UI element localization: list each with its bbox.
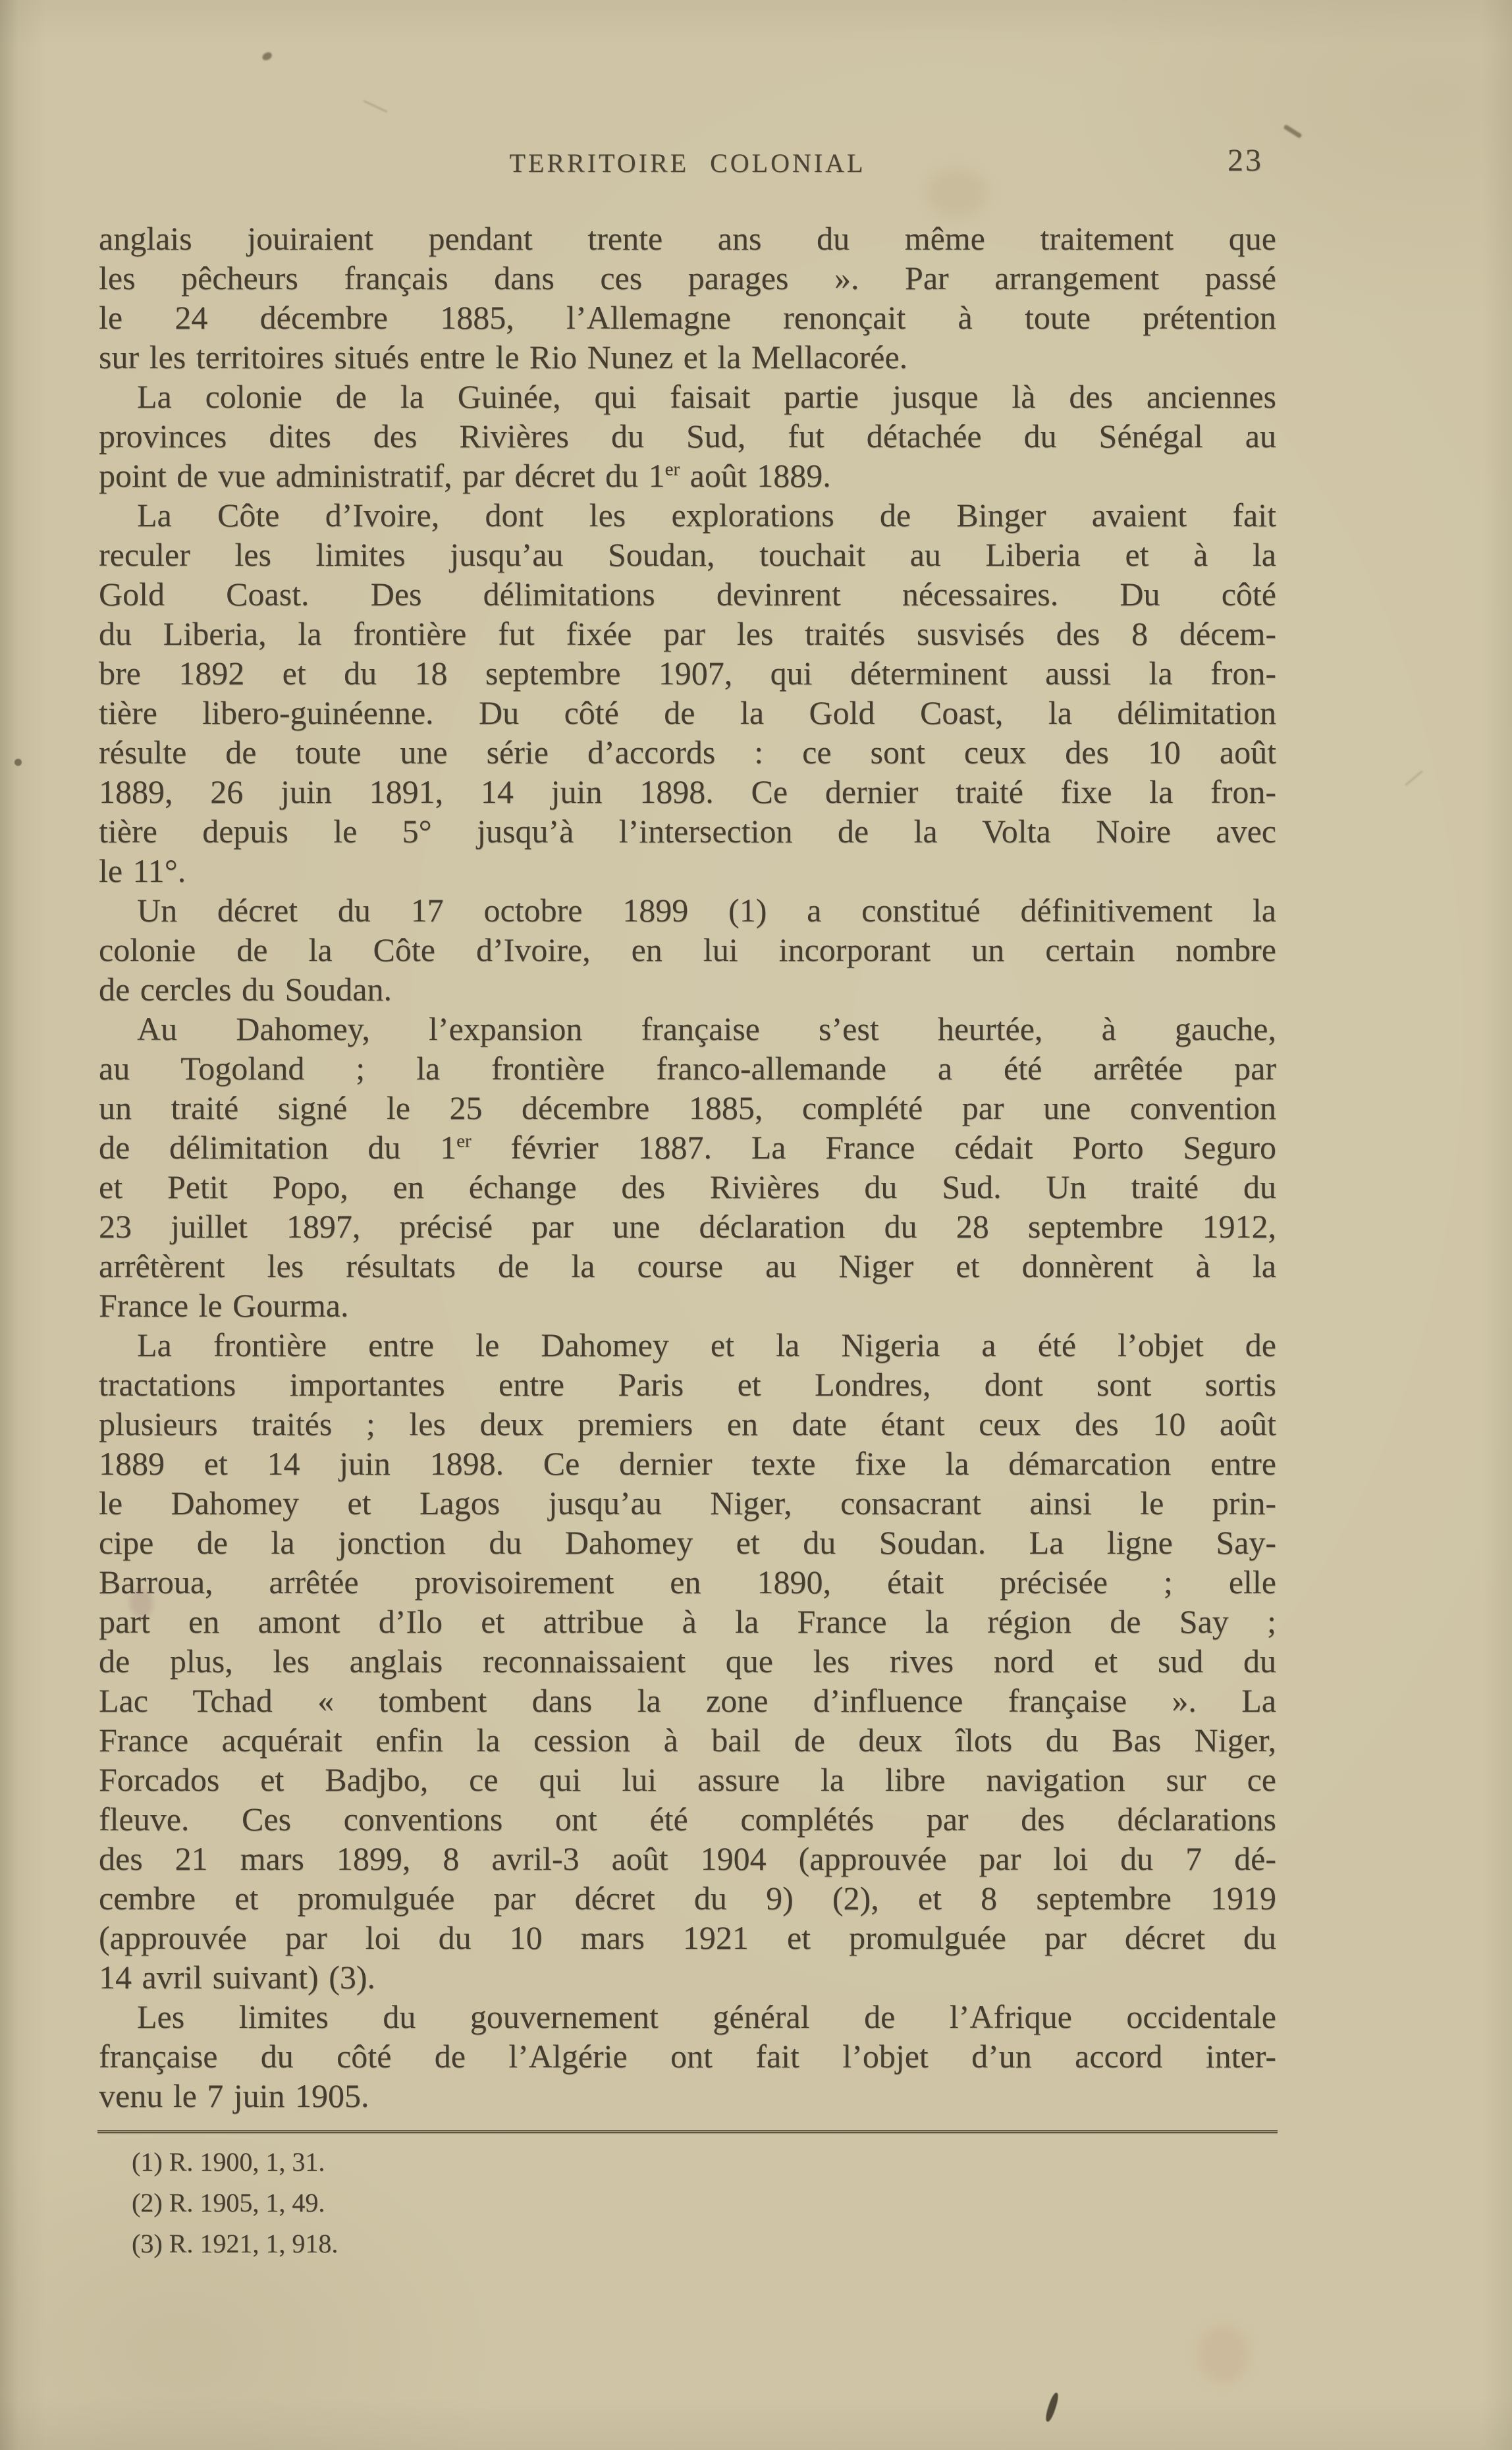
text-line: Au Dahomey, l’expansion française s’est … — [99, 1009, 1276, 1048]
text-line: cipe de la jonction du Dahomey et du Sou… — [99, 1523, 1276, 1562]
text-line: au Togoland ; la frontière franco-allema… — [99, 1048, 1276, 1088]
text-line: de plus, les anglais reconnaissaient que… — [99, 1641, 1276, 1681]
paper-speck — [1283, 124, 1302, 139]
footnotes: (1) R. 1900, 1, 31.(2) R. 1905, 1, 49.(3… — [99, 2142, 1276, 2264]
text-line: fleuve. Ces conventions ont été complété… — [99, 1799, 1276, 1839]
text-line: anglais jouiraient pendant trente ans du… — [99, 219, 1276, 258]
text-line: provinces dites des Rivières du Sud, fut… — [99, 416, 1276, 456]
text-line: Lac Tchad « tombent dans la zone d’influ… — [99, 1681, 1276, 1720]
text-line: Gold Coast. Des délimitations devinrent … — [99, 574, 1276, 614]
paragraph: Au Dahomey, l’expansion française s’est … — [99, 1009, 1276, 1325]
text-line: les pêcheurs français dans ces parages »… — [99, 258, 1276, 298]
footnote-separator-rule — [97, 2130, 1278, 2133]
paragraph: La frontière entre le Dahomey et la Nige… — [99, 1325, 1276, 1997]
text-line: La Côte d’Ivoire, dont les explorations … — [99, 495, 1276, 535]
text-line: bre 1892 et du 18 septembre 1907, qui dé… — [99, 653, 1276, 693]
text-line: de cercles du Soudan. — [99, 969, 1276, 1009]
page-header: TERRITOIRE COLONIAL 23 — [99, 145, 1276, 187]
text-line: Un décret du 17 octobre 1899 (1) a const… — [99, 890, 1276, 930]
text-line: 1889, 26 juin 1891, 14 juin 1898. Ce der… — [99, 772, 1276, 811]
text-line: Forcados et Badjbo, ce qui lui assure la… — [99, 1760, 1276, 1799]
paragraph: La Côte d’Ivoire, dont les explorations … — [99, 495, 1276, 890]
text-line: du Liberia, la frontière fut fixée par l… — [99, 614, 1276, 653]
scanned-book-page: TERRITOIRE COLONIAL 23 anglais jouiraien… — [0, 0, 1512, 2450]
text-line: (approuvée par loi du 10 mars 1921 et pr… — [99, 1918, 1276, 1957]
text-line: France le Gourma. — [99, 1286, 1276, 1325]
paragraph: Les limites du gouvernement général de l… — [99, 1997, 1276, 2115]
body-text: anglais jouiraient pendant trente ans du… — [99, 219, 1276, 2115]
text-line: La frontière entre le Dahomey et la Nige… — [99, 1325, 1276, 1365]
text-line: plusieurs traités ; les deux premiers en… — [99, 1404, 1276, 1444]
text-line: 14 avril suivant) (3). — [99, 1957, 1276, 1997]
paragraph: anglais jouiraient pendant trente ans du… — [99, 219, 1276, 377]
text-line: reculer les limites jusqu’au Soudan, tou… — [99, 535, 1276, 574]
paragraph: Un décret du 17 octobre 1899 (1) a const… — [99, 890, 1276, 1009]
paragraph: La colonie de la Guinée, qui faisait par… — [99, 377, 1276, 495]
text-line: de délimitation du 1er février 1887. La … — [99, 1128, 1276, 1167]
text-line: un traité signé le 25 décembre 1885, com… — [99, 1088, 1276, 1128]
paper-fiber — [1405, 770, 1423, 786]
text-line: venu le 7 juin 1905. — [99, 2076, 1276, 2115]
text-line: le Dahomey et Lagos jusqu’au Niger, cons… — [99, 1483, 1276, 1523]
text-line: colonie de la Côte d’Ivoire, en lui inco… — [99, 930, 1276, 969]
running-title: TERRITOIRE COLONIAL — [510, 148, 866, 178]
text-line: et Petit Popo, en échange des Rivières d… — [99, 1167, 1276, 1207]
text-line: Barroua, arrêtée provisoirement en 1890,… — [99, 1562, 1276, 1602]
paper-fiber — [363, 100, 388, 113]
text-line: tière depuis le 5° jusqu’à l’intersectio… — [99, 811, 1276, 851]
text-line: le 24 décembre 1885, l’Allemagne renonça… — [99, 298, 1276, 337]
text-line: La colonie de la Guinée, qui faisait par… — [99, 377, 1276, 416]
text-line: cembre et promulguée par décret du 9) (2… — [99, 1878, 1276, 1918]
pen-mark — [1044, 2391, 1060, 2422]
text-line: tractations importantes entre Paris et L… — [99, 1365, 1276, 1404]
text-line: 23 juillet 1897, précisé par une déclara… — [99, 1207, 1276, 1246]
text-line: des 21 mars 1899, 8 avril-3 août 1904 (a… — [99, 1839, 1276, 1878]
text-line: 1889 et 14 juin 1898. Ce dernier texte f… — [99, 1444, 1276, 1483]
text-line: point de vue administratif, par décret d… — [99, 456, 1276, 495]
footnote: (2) R. 1905, 1, 49. — [99, 2183, 1276, 2223]
text-line: Les limites du gouvernement général de l… — [99, 1997, 1276, 2036]
margin-ink-dot — [14, 759, 22, 766]
paper-speck — [261, 51, 273, 61]
footnote: (1) R. 1900, 1, 31. — [99, 2142, 1276, 2183]
paper-stain — [1197, 2325, 1250, 2384]
footnote: (3) R. 1921, 1, 918. — [99, 2223, 1276, 2264]
text-line: française du côté de l’Algérie ont fait … — [99, 2036, 1276, 2076]
text-line: France acquérait enfin la cession à bail… — [99, 1720, 1276, 1760]
text-line: résulte de toute une série d’accords : c… — [99, 732, 1276, 772]
page-number: 23 — [1228, 142, 1263, 178]
text-line: arrêtèrent les résultats de la course au… — [99, 1246, 1276, 1286]
text-line: sur les territoires situés entre le Rio … — [99, 337, 1276, 377]
text-line: tière libero-guinéenne. Du côté de la Go… — [99, 693, 1276, 732]
text-line: le 11°. — [99, 851, 1276, 890]
text-line: part en amont d’Ilo et attribue à la Fra… — [99, 1602, 1276, 1641]
